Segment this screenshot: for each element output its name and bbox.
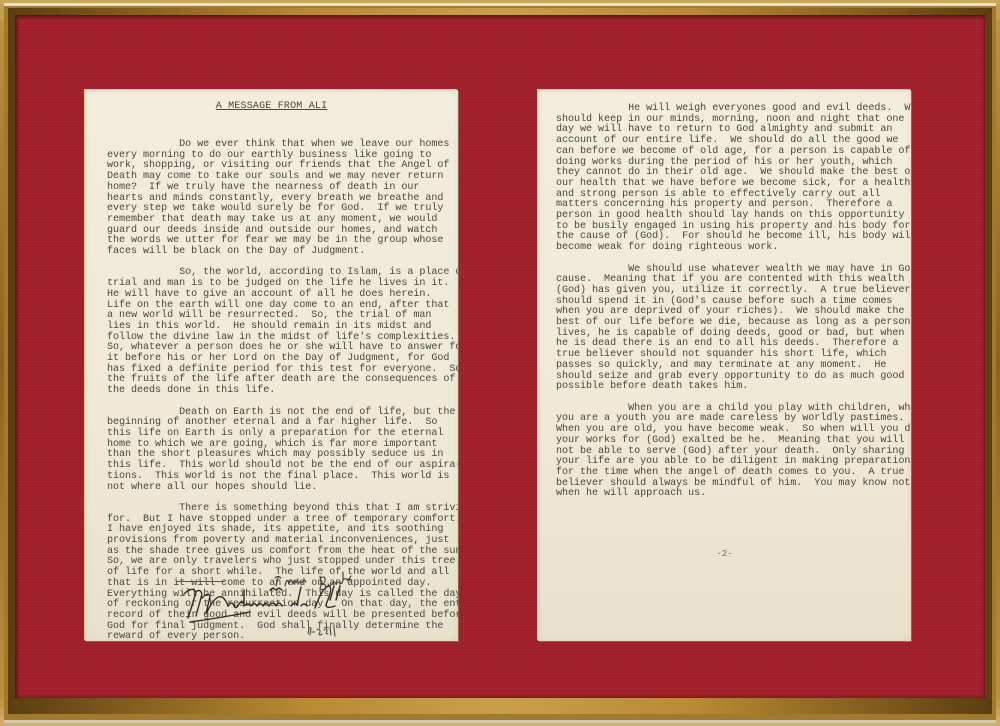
picture-frame: A MESSAGE FROM ALI Do we ever think that… [0,0,1000,726]
letter-page-2: He will weigh everyones good and evil de… [538,90,911,641]
handwritten-signature: Muhammad Ali [170,570,430,641]
letter-page-2-body: He will weigh everyones good and evil de… [556,104,901,500]
signature-date-script [308,628,335,636]
letter-page-1: A MESSAGE FROM ALI Do we ever think that… [85,90,458,641]
letter-page-1-body: Do we ever think that when we leave our … [107,140,452,641]
muhammad-ali-script [184,586,340,622]
page-number: -2- [538,549,911,559]
inscription-script [275,572,352,590]
letter-title: A MESSAGE FROM ALI [85,101,458,112]
